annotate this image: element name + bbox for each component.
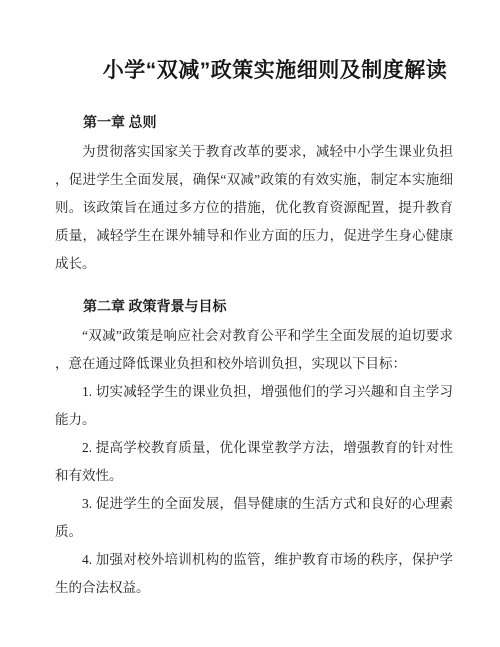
chapter1-paragraph: 为贯彻落实国家关于教育改革的要求，减轻中小学生课业负担 ，促进学生全面发展，确保… (55, 138, 453, 278)
document-page: 小学“双减”政策实施细则及制度解读 第一章 总则 为贯彻落实国家关于教育改革的要… (0, 0, 500, 647)
paragraph-line: 生的合法权益。 (55, 574, 453, 602)
paragraph-line: 3. 促进学生的全面发展，倡导健康的生活方式和良好的心理素 (55, 490, 453, 518)
paragraph-line: 成长。 (55, 250, 453, 278)
goal-item-1: 1. 切实减轻学生的课业负担，增强他们的学习兴趣和自主学习 能力。 (55, 378, 453, 434)
chapter2-intro-paragraph: “双减”政策是响应社会对教育公平和学生全面发展的迫切要求 ，意在通过降低课业负担… (55, 322, 453, 378)
chapter1-heading: 第一章 总则 (55, 110, 453, 138)
paragraph-line: ，意在通过降低课业负担和校外培训负担，实现以下目标： (55, 350, 453, 378)
paragraph-line: 1. 切实减轻学生的课业负担，增强他们的学习兴趣和自主学习 (55, 378, 453, 406)
paragraph-line: 为贯彻落实国家关于教育改革的要求，减轻中小学生课业负担 (55, 138, 453, 166)
goal-item-4: 4. 加强对校外培训机构的监管，维护教育市场的秩序，保护学 生的合法权益。 (55, 546, 453, 602)
paragraph-line: “双减”政策是响应社会对教育公平和学生全面发展的迫切要求 (55, 322, 453, 350)
paragraph-line: 质。 (55, 518, 453, 546)
paragraph-line: 能力。 (55, 406, 453, 434)
paragraph-line: 和有效性。 (55, 462, 453, 490)
chapter2-heading: 第二章 政策背景与目标 (55, 294, 453, 322)
paragraph-line: 质量，减轻学生在课外辅导和作业方面的压力，促进学生身心健康 (55, 222, 453, 250)
paragraph-line: 则。该政策旨在通过多方位的措施，优化教育资源配置，提升教育 (55, 194, 453, 222)
document-title: 小学“双减”政策实施细则及制度解读 (55, 54, 453, 88)
paragraph-line: 2. 提高学校教育质量，优化课堂教学方法，增强教育的针对性 (55, 434, 453, 462)
paragraph-line: 4. 加强对校外培训机构的监管，维护教育市场的秩序，保护学 (55, 546, 453, 574)
goal-item-2: 2. 提高学校教育质量，优化课堂教学方法，增强教育的针对性 和有效性。 (55, 434, 453, 490)
goal-item-3: 3. 促进学生的全面发展，倡导健康的生活方式和良好的心理素 质。 (55, 490, 453, 546)
paragraph-line: ，促进学生全面发展，确保“双减”政策的有效实施，制定本实施细 (55, 166, 453, 194)
